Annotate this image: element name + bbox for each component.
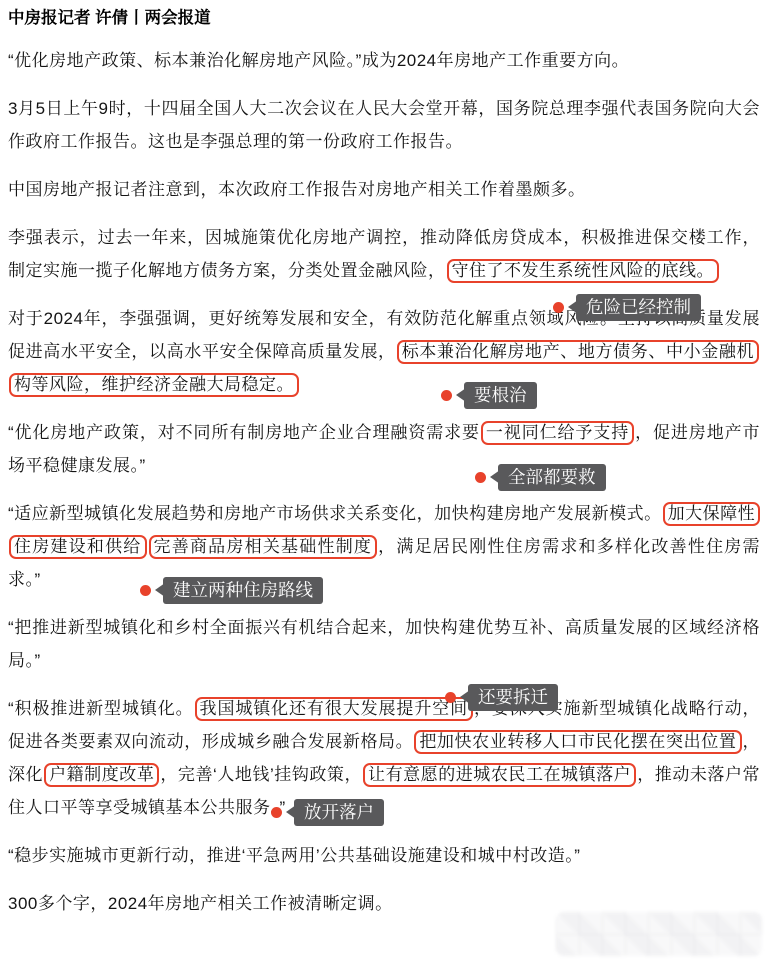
text-segment: “稳步实施城市更新行动，推进‘平急两用’公共基础设施建设和城中村改造。” xyxy=(8,846,580,865)
callout-label: 全部都要救 xyxy=(498,464,606,491)
text-segment: “优化房地产政策、标本兼治化解房地产风险。”成为2024年房地产工作重要方向。 xyxy=(8,51,629,70)
paragraph: “适应新型城镇化发展趋势和房地产市场供求关系变化，加快构建房地产发展新模式。加大… xyxy=(8,497,760,596)
highlight-box: 我国城镇化还有很大发展提升空间 xyxy=(195,697,473,721)
highlight-box: 户籍制度改革 xyxy=(44,763,159,787)
highlight-box: 完善商品房相关基础性制度 xyxy=(149,535,378,559)
annotation-callout-open-hukou: 放开落户 xyxy=(271,799,384,825)
red-dot-icon xyxy=(271,807,282,818)
annotation-callout-demolition: 还要拆迁 xyxy=(445,684,558,710)
paragraph: 中国房地产报记者注意到，本次政府工作报告对房地产相关工作着墨颇多。 xyxy=(8,173,760,206)
callout-label: 要根治 xyxy=(464,382,537,409)
text-segment: “积极推进新型城镇化。 xyxy=(8,699,194,718)
paragraph: “积极推进新型城镇化。我国城镇化还有很大发展提升空间，要深入实施新型城镇化战略行… xyxy=(8,692,760,824)
paragraph: 李强表示，过去一年来，因城施策优化房地产调控，推动降低房贷成本，积极推进保交楼工… xyxy=(8,221,760,287)
red-dot-icon xyxy=(475,472,486,483)
paragraph: “优化房地产政策，对不同所有制房地产企业合理融资需求要一视同仁给予支持，促进房地… xyxy=(8,416,760,482)
highlight-box: 一视同仁给予支持 xyxy=(481,421,634,445)
article-page: 中房报记者 许倩丨两会报道 “优化房地产政策、标本兼治化解房地产风险。”成为20… xyxy=(0,0,769,964)
red-dot-icon xyxy=(553,302,564,313)
highlight-box: 把加快农业转移人口市民化摆在突出位置 xyxy=(414,730,741,754)
red-dot-icon xyxy=(441,390,452,401)
callout-label: 放开落户 xyxy=(294,799,384,826)
text-segment: ，完善‘人地钱’挂钩政策， xyxy=(160,765,362,784)
callout-label: 建立两种住房路线 xyxy=(163,577,323,604)
paragraph: 3月5日上午9时，十四届全国人大二次会议在人民大会堂开幕，国务院总理李强代表国务… xyxy=(8,92,760,158)
paragraph: “稳步实施城市更新行动，推进‘平急两用’公共基础设施建设和城中村改造。” xyxy=(8,839,760,872)
article-byline: 中房报记者 许倩丨两会报道 xyxy=(8,6,760,30)
highlight-box: 让有意愿的进城农民工在城镇落户 xyxy=(363,763,636,787)
blurred-watermark xyxy=(556,912,762,956)
annotation-callout-root-cure: 要根治 xyxy=(441,382,537,408)
paragraph: “把推进新型城镇化和乡村全面振兴有机结合起来，加快构建优势互补、高质量发展的区域… xyxy=(8,611,760,677)
annotation-callout-save-all: 全部都要救 xyxy=(475,464,606,490)
annotation-callout-risk-controlled: 危险已经控制 xyxy=(553,294,701,320)
paragraph: “优化房地产政策、标本兼治化解房地产风险。”成为2024年房地产工作重要方向。 xyxy=(8,44,760,77)
text-segment: “优化房地产政策，对不同所有制房地产企业合理融资需求要 xyxy=(8,423,480,442)
callout-label: 还要拆迁 xyxy=(468,684,558,711)
callout-label: 危险已经控制 xyxy=(576,294,701,321)
text-segment: 300多个字，2024年房地产相关工作被清晰定调。 xyxy=(8,894,393,913)
highlight-box: 守住了不发生系统性风险的底线。 xyxy=(447,259,720,283)
text-segment: 中国房地产报记者注意到，本次政府工作报告对房地产相关工作着墨颇多。 xyxy=(8,180,586,199)
red-dot-icon xyxy=(140,585,151,596)
red-dot-icon xyxy=(445,692,456,703)
article-body: “优化房地产政策、标本兼治化解房地产风险。”成为2024年房地产工作重要方向。3… xyxy=(8,44,760,935)
text-segment: “适应新型城镇化发展趋势和房地产市场供求关系变化，加快构建房地产发展新模式。 xyxy=(8,504,662,523)
annotation-callout-two-housing-tracks: 建立两种住房路线 xyxy=(140,577,323,603)
text-segment: “把推进新型城镇化和乡村全面振兴有机结合起来，加快构建优势互补、高质量发展的区域… xyxy=(8,618,760,670)
text-segment: 3月5日上午9时，十四届全国人大二次会议在人民大会堂开幕，国务院总理李强代表国务… xyxy=(8,99,760,151)
